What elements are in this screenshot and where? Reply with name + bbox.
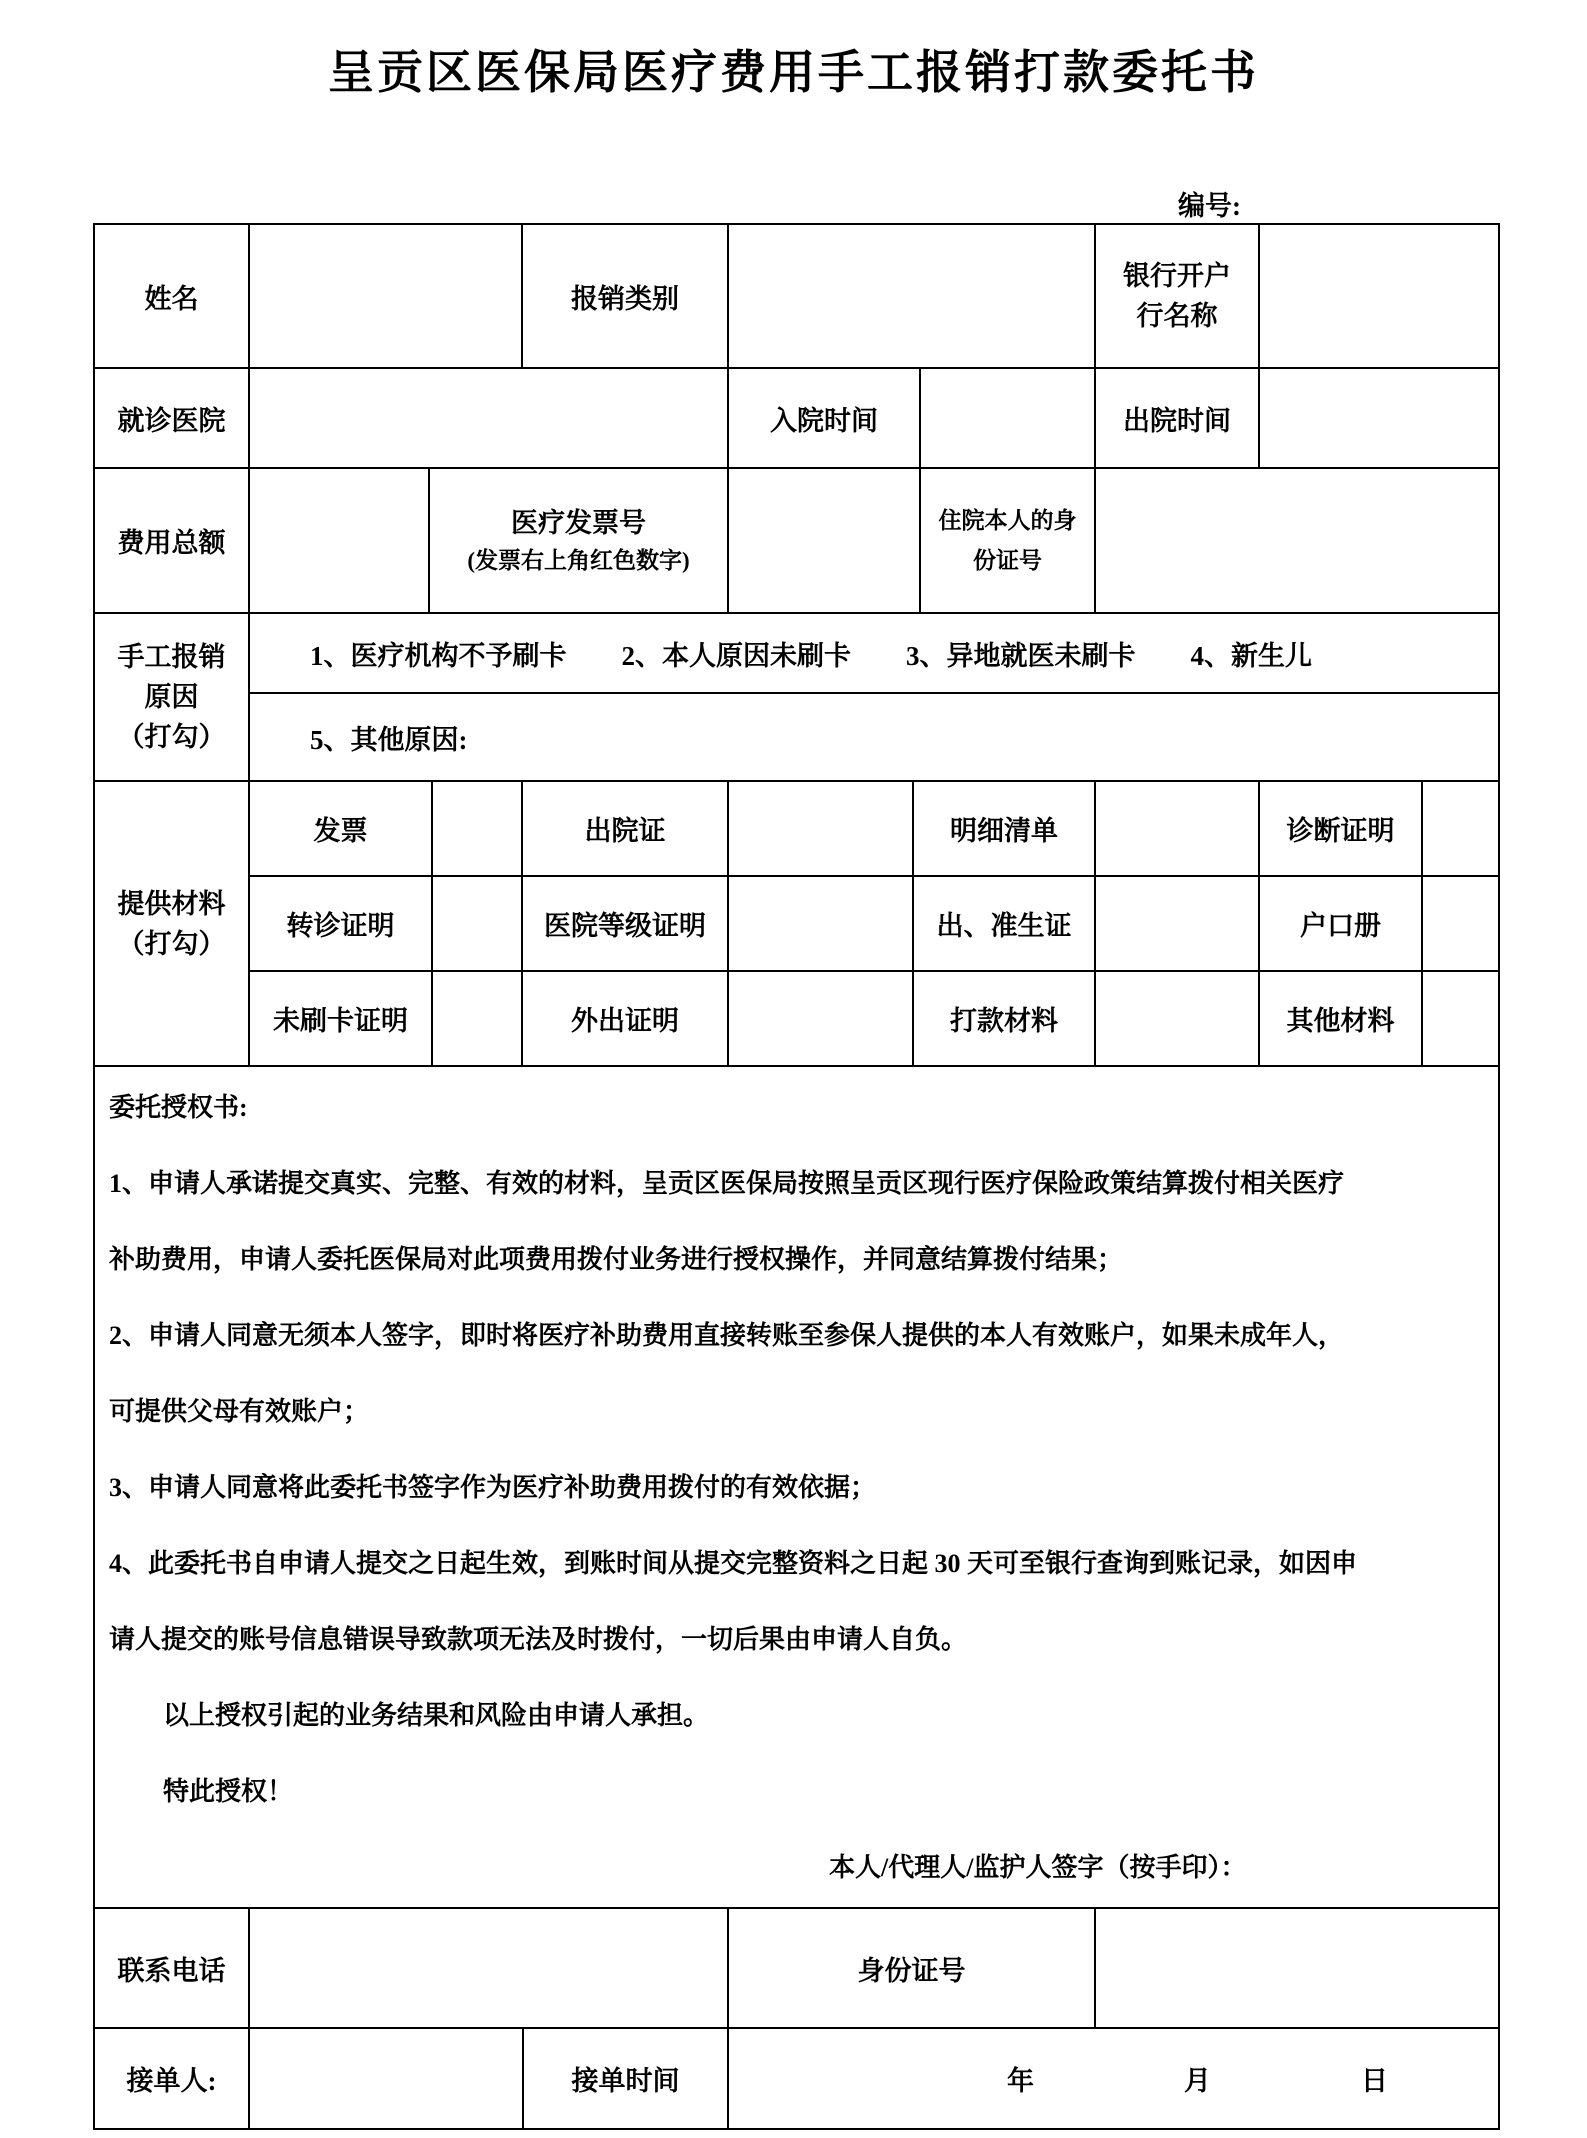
admission-time-label: 入院时间 bbox=[727, 369, 919, 467]
receive-time-label: 接单时间 bbox=[522, 2029, 727, 2128]
reason-other-row: 5、其他原因: bbox=[250, 692, 1498, 780]
bank-name-label-line2: 行名称 bbox=[1137, 296, 1218, 336]
material-discharge-cert-checkbox-cell[interactable] bbox=[727, 782, 912, 875]
materials-label: 提供材料 （打勾） bbox=[95, 782, 250, 1065]
authorization-line: 2、申请人同意无须本人签字，即时将医疗补助费用直接转账至参保人提供的本人有效账户… bbox=[109, 1295, 1357, 1371]
material-diagnosis-cert-checkbox-cell[interactable] bbox=[1421, 782, 1498, 875]
authorization-section: 委托授权书: 1、申请人承诺提交真实、完整、有效的材料，呈贡区医保局按照呈贡区现… bbox=[95, 1065, 1498, 1907]
id-number-label: 身份证号 bbox=[727, 1909, 1094, 2027]
reason-option-1[interactable]: 1、医疗机构不予刷卡 bbox=[310, 634, 567, 673]
authorization-line: 请人提交的账号信息错误导致款项无法及时拨付，一切后果由申请人自负。 bbox=[109, 1599, 1357, 1675]
category-value-cell[interactable] bbox=[727, 225, 1094, 367]
authorization-heading: 委托授权书: bbox=[109, 1067, 1357, 1143]
admission-time-value-cell[interactable] bbox=[919, 369, 1094, 467]
material-payment-material-checkbox-cell[interactable] bbox=[1094, 972, 1258, 1065]
manual-reason-label-line3: （打勾） bbox=[118, 717, 226, 757]
table-row: 姓名 报销类别 银行开户 行名称 bbox=[95, 225, 1498, 367]
materials-row-1: 发票 出院证 明细清单 诊断证明 bbox=[250, 782, 1498, 875]
patient-id-label-line2: 份证号 bbox=[973, 541, 1042, 581]
authorization-line: 1、申请人承诺提交真实、完整、有效的材料，呈贡区医保局按照呈贡区现行医疗保险政策… bbox=[109, 1143, 1357, 1219]
discharge-time-value-cell[interactable] bbox=[1258, 369, 1498, 467]
day-label: 日 bbox=[1361, 2059, 1388, 2098]
material-hospital-grade-cert-checkbox-cell[interactable] bbox=[727, 877, 912, 970]
material-household-register-checkbox-cell[interactable] bbox=[1421, 877, 1498, 970]
material-referral-cert-checkbox-cell[interactable] bbox=[431, 877, 521, 970]
materials-section: 提供材料 （打勾） 发票 出院证 明细清单 诊断证明 转诊证明 医院等级 bbox=[95, 780, 1498, 1065]
material-payment-material-label: 打款材料 bbox=[912, 972, 1094, 1065]
bank-name-label: 银行开户 行名称 bbox=[1094, 225, 1258, 367]
signature-label[interactable]: 本人/代理人/监护人签字（按手印）： bbox=[109, 1827, 1357, 1903]
authorization-text-cell: 委托授权书: 1、申请人承诺提交真实、完整、有效的材料，呈贡区医保局按照呈贡区现… bbox=[95, 1067, 1371, 1907]
phone-value-cell[interactable] bbox=[248, 1909, 727, 2027]
patient-id-label-line1: 住院本人的身 bbox=[939, 501, 1077, 541]
hospital-label: 就诊医院 bbox=[95, 369, 248, 467]
table-row: 接单人: 接单时间 年 月 日 bbox=[95, 2027, 1498, 2128]
material-other-material-checkbox-cell[interactable] bbox=[1421, 972, 1498, 1065]
bank-name-value-cell[interactable] bbox=[1258, 225, 1498, 367]
material-discharge-cert-label: 出院证 bbox=[521, 782, 727, 875]
material-invoice-checkbox-cell[interactable] bbox=[431, 782, 521, 875]
material-diagnosis-cert-label: 诊断证明 bbox=[1258, 782, 1421, 875]
authorization-line: 3、申请人同意将此委托书签字作为医疗补助费用拨付的有效依据； bbox=[109, 1447, 1357, 1523]
total-cost-value-cell[interactable] bbox=[248, 469, 428, 612]
table-row: 费用总额 医疗发票号 (发票右上角红色数字) 住院本人的身 份证号 bbox=[95, 467, 1498, 612]
material-birth-cert-checkbox-cell[interactable] bbox=[1094, 877, 1258, 970]
material-hospital-grade-cert-label: 医院等级证明 bbox=[521, 877, 727, 970]
material-no-card-cert-checkbox-cell[interactable] bbox=[431, 972, 521, 1065]
material-household-register-label: 户口册 bbox=[1258, 877, 1421, 970]
invoice-number-label-line2: (发票右上角红色数字) bbox=[467, 543, 689, 579]
reason-option-other[interactable]: 5、其他原因: bbox=[310, 718, 468, 757]
reason-options-cell[interactable]: 1、医疗机构不予刷卡 2、本人原因未刷卡 3、异地就医未刷卡 4、新生儿 bbox=[250, 614, 1498, 692]
materials-row-2: 转诊证明 医院等级证明 出、准生证 户口册 bbox=[250, 875, 1498, 970]
material-detail-list-label: 明细清单 bbox=[912, 782, 1094, 875]
id-number-value-cell[interactable] bbox=[1094, 1909, 1498, 2027]
materials-label-line2: （打勾） bbox=[118, 924, 226, 964]
receiver-label: 接单人: bbox=[95, 2029, 248, 2128]
reason-options-row: 1、医疗机构不予刷卡 2、本人原因未刷卡 3、异地就医未刷卡 4、新生儿 bbox=[250, 614, 1498, 692]
manual-reason-section: 手工报销 原因 （打勾） 1、医疗机构不予刷卡 2、本人原因未刷卡 3、异地就医… bbox=[95, 612, 1498, 780]
total-cost-label: 费用总额 bbox=[95, 469, 248, 612]
material-outing-cert-checkbox-cell[interactable] bbox=[727, 972, 912, 1065]
reason-option-4[interactable]: 4、新生儿 bbox=[1191, 634, 1313, 673]
material-referral-cert-label: 转诊证明 bbox=[250, 877, 431, 970]
page-title: 呈贡区医保局医疗费用手工报销打款委托书 bbox=[0, 36, 1587, 102]
receive-date-cell[interactable]: 年 月 日 bbox=[727, 2029, 1496, 2128]
authorization-line: 补助费用，申请人委托医保局对此项费用拨付业务进行授权操作，并同意结算拨付结果； bbox=[109, 1219, 1357, 1295]
material-outing-cert-label: 外出证明 bbox=[521, 972, 727, 1065]
material-birth-cert-label: 出、准生证 bbox=[912, 877, 1094, 970]
authorization-line: 可提供父母有效账户； bbox=[109, 1371, 1357, 1447]
receiver-value-cell[interactable] bbox=[248, 2029, 522, 2128]
patient-id-label: 住院本人的身 份证号 bbox=[919, 469, 1094, 612]
invoice-number-value-cell[interactable] bbox=[727, 469, 919, 612]
material-no-card-cert-label: 未刷卡证明 bbox=[250, 972, 431, 1065]
name-label: 姓名 bbox=[95, 225, 248, 367]
materials-row-3: 未刷卡证明 外出证明 打款材料 其他材料 bbox=[250, 970, 1498, 1065]
hospital-value-cell[interactable] bbox=[248, 369, 727, 467]
discharge-time-label: 出院时间 bbox=[1094, 369, 1258, 467]
material-other-material-label: 其他材料 bbox=[1258, 972, 1421, 1065]
authorization-grant: 特此授权！ bbox=[109, 1751, 1357, 1827]
materials-label-line1: 提供材料 bbox=[118, 884, 226, 924]
material-invoice-label: 发票 bbox=[250, 782, 431, 875]
bank-name-label-line1: 银行开户 bbox=[1123, 256, 1231, 296]
reason-option-3[interactable]: 3、异地就医未刷卡 bbox=[906, 634, 1136, 673]
table-row: 联系电话 身份证号 bbox=[95, 1907, 1498, 2027]
manual-reason-label: 手工报销 原因 （打勾） bbox=[95, 614, 250, 780]
month-label: 月 bbox=[1184, 2059, 1211, 2098]
reason-other-cell[interactable]: 5、其他原因: bbox=[250, 694, 1498, 780]
manual-reason-label-line2: 原因 bbox=[145, 677, 199, 717]
invoice-number-label-line1: 医疗发票号 bbox=[511, 503, 646, 543]
manual-reason-label-line1: 手工报销 bbox=[118, 637, 226, 677]
serial-number-label: 编号: bbox=[1178, 184, 1241, 223]
name-value-cell[interactable] bbox=[248, 225, 521, 367]
phone-label: 联系电话 bbox=[95, 1909, 248, 2027]
table-row: 就诊医院 入院时间 出院时间 bbox=[95, 367, 1498, 467]
document-page: 呈贡区医保局医疗费用手工报销打款委托书 编号: 姓名 报销类别 银行开户 行名称… bbox=[0, 0, 1587, 2138]
category-label: 报销类别 bbox=[521, 225, 727, 367]
reimbursement-form-table: 姓名 报销类别 银行开户 行名称 就诊医院 入院时间 出院时间 费用总额 医疗发… bbox=[93, 223, 1500, 2130]
material-detail-list-checkbox-cell[interactable] bbox=[1094, 782, 1258, 875]
invoice-number-label: 医疗发票号 (发票右上角红色数字) bbox=[428, 469, 727, 612]
patient-id-value-cell[interactable] bbox=[1094, 469, 1498, 612]
authorization-line: 4、此委托书自申请人提交之日起生效，到账时间从提交完整资料之日起 30 天可至银… bbox=[109, 1523, 1357, 1599]
reason-option-2[interactable]: 2、本人原因未刷卡 bbox=[622, 634, 852, 673]
year-label: 年 bbox=[1007, 2059, 1034, 2098]
authorization-note: 以上授权引起的业务结果和风险由申请人承担。 bbox=[109, 1675, 1357, 1751]
